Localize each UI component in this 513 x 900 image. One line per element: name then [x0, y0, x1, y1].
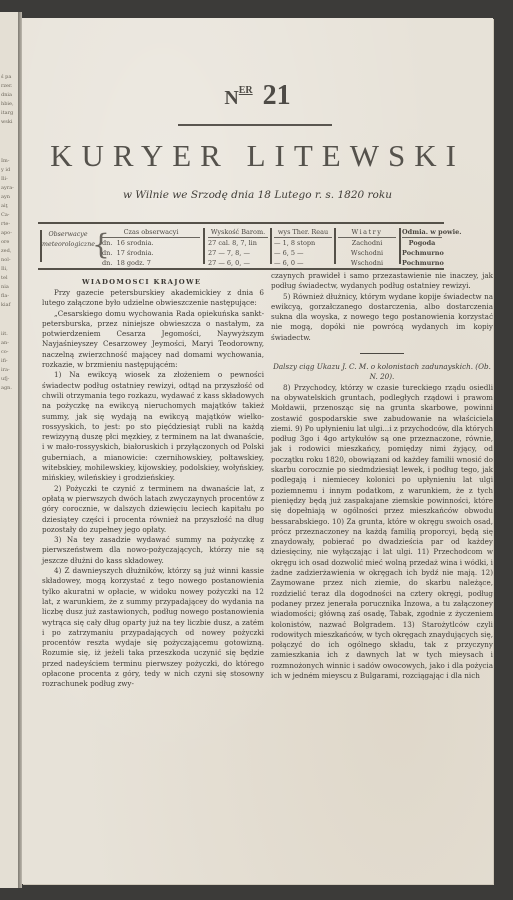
- section-divider: [360, 353, 404, 354]
- left-page-text-fragment: ayra-: [1, 185, 17, 192]
- paragraph: 3) Na tey zasadzie wydawać summy na poży…: [42, 535, 264, 566]
- newspaper-page: NER21 KURYER LITEWSKI w Wilnie we Srzodę…: [22, 18, 493, 884]
- table-divider: [334, 228, 336, 264]
- cell: dn. 16 srodnia.: [102, 238, 200, 248]
- col-header: wys Ther. Reau: [274, 228, 332, 238]
- left-page-text-fragment: aiţ: [1, 203, 17, 210]
- left-page-text-fragment: ifi-: [1, 358, 17, 365]
- issue-prefix: N: [224, 87, 238, 109]
- left-page-text-fragment: dnia: [1, 92, 17, 99]
- cell: dn. 18 godz. 7: [102, 258, 200, 268]
- cell: dn. 17 środnia.: [102, 248, 200, 258]
- left-column: Przy gazecie petersburskiey akademickiey…: [42, 288, 264, 690]
- left-page-text-fragment: ayn: [1, 194, 17, 201]
- section-heading: WIADOMOSCI KRAJOWE: [82, 278, 201, 286]
- left-page-text-fragment: rte-: [1, 221, 17, 228]
- left-page-text-fragment: Ili-: [1, 176, 17, 183]
- paragraph: 5) Również dłużnicy, którym wydane kopij…: [271, 292, 493, 343]
- paragraph: czaynych prawideł i samo przezastawienie…: [271, 271, 493, 292]
- cell: Zachodni: [338, 238, 396, 248]
- left-page-text-fragment: rzer.: [1, 83, 17, 90]
- left-page-text-fragment: nia: [1, 284, 17, 291]
- col-header: Czas obserwacyi: [102, 228, 200, 238]
- paragraph: 8) Przychodcy, którzy w czasie tureckieg…: [271, 383, 493, 682]
- cell: — 6, 0 —: [274, 258, 332, 268]
- paragraph: „Cesarskiego domu wychowania Rada opieku…: [42, 309, 264, 371]
- issue-number-value: 21: [263, 80, 291, 111]
- left-page-text-fragment: Ili,: [1, 266, 17, 273]
- col-header: Wiatry: [338, 228, 396, 238]
- table-divider: [270, 228, 272, 264]
- cell: 27 cal. 8, 7, lin: [208, 238, 268, 248]
- cell: Pochmurno: [402, 248, 442, 258]
- left-page-text-fragment: ira-: [1, 367, 17, 374]
- left-page-text-fragment: Ca-: [1, 212, 17, 219]
- weather-col-conditions: Odmia. w powie. Pogoda Pochmurno Pochmur…: [402, 228, 442, 264]
- cell: 27 — 6, 0, —: [208, 258, 268, 268]
- cell: 27 — 7, 8, —: [208, 248, 268, 258]
- col-header: Wyskość Barom.: [208, 228, 268, 238]
- dateline: w Wilnie we Srzodę dnia 18 Lutego r. s. …: [22, 189, 493, 201]
- left-page-text-fragment: fla-: [1, 293, 17, 300]
- left-page-text-fragment: ore: [1, 239, 17, 246]
- left-page-text-fragment: agn.: [1, 385, 17, 392]
- left-page-text-fragment: nol-: [1, 257, 17, 264]
- paragraph: Przy gazecie petersburskiey akademickiey…: [42, 288, 264, 309]
- cell: Wschodni: [338, 248, 396, 258]
- cell: Pogoda: [402, 238, 442, 248]
- header-rule: [178, 124, 332, 126]
- adjacent-left-page: ś parzer.dniahbie,itargwskiIm-y idIli-ay…: [0, 12, 20, 888]
- cell: — 1, 8 stopn: [274, 238, 332, 248]
- issue-number: NER21: [22, 80, 493, 112]
- weather-col-barometer: Wyskość Barom. 27 cal. 8, 7, lin 27 — 7,…: [208, 228, 268, 264]
- left-page-text-fragment: wski: [1, 119, 17, 126]
- left-page-text-fragment: apo-: [1, 230, 17, 237]
- left-page-text-fragment: an-: [1, 340, 17, 347]
- left-page-text-fragment: y id: [1, 167, 17, 174]
- col-header: Odmia. w powie.: [402, 228, 442, 238]
- left-page-text-fragment: co-: [1, 349, 17, 356]
- subheading: Dalszy ciąg Ukazu J. C. M. o kolonistach…: [271, 362, 493, 383]
- cell: — 6, 5 —: [274, 248, 332, 258]
- cell: Wschodni: [338, 258, 396, 268]
- left-page-text-fragment: zed,: [1, 248, 17, 255]
- table-divider: [203, 228, 205, 264]
- weather-table-label: Obserwacye meteorologiczne.: [40, 230, 94, 262]
- left-page-text-fragment: tel: [1, 275, 17, 282]
- weather-col-thermometer: wys Ther. Reau — 1, 8 stopn — 6, 5 — — 6…: [274, 228, 332, 264]
- cell: Pochmurno: [402, 258, 442, 268]
- paragraph: 2) Pożyczki te czynić z terminem na dwan…: [42, 484, 264, 535]
- left-page-text-fragment: itarg: [1, 110, 17, 117]
- left-page-text-fragment: hbie,: [1, 101, 17, 108]
- weather-col-wind: Wiatry Zachodni Wschodni Wschodni: [338, 228, 396, 264]
- left-page-text-fragment: kiaf: [1, 302, 17, 309]
- issue-suffix: ER: [239, 85, 253, 96]
- left-page-text-fragment: ufj-: [1, 376, 17, 383]
- paragraph: 4) Z dawnieyszych dłużników, którzy są j…: [42, 566, 264, 690]
- weather-col-time: Czas obserwacyi dn. 16 srodnia. dn. 17 ś…: [102, 228, 200, 264]
- left-page-text-fragment: iit.: [1, 331, 17, 338]
- right-column: czaynych prawideł i samo przezastawienie…: [271, 271, 493, 681]
- newspaper-title: KURYER LITEWSKI: [22, 138, 493, 174]
- left-page-text-fragment: Im-: [1, 158, 17, 165]
- weather-table: Obserwacye meteorologiczne. { Czas obser…: [38, 222, 444, 270]
- paragraph: 1) Na ewikcyą wiosek za złożeniem o pewn…: [42, 370, 264, 483]
- table-divider: [399, 228, 401, 264]
- left-page-text-fragment: ś pa: [1, 74, 17, 81]
